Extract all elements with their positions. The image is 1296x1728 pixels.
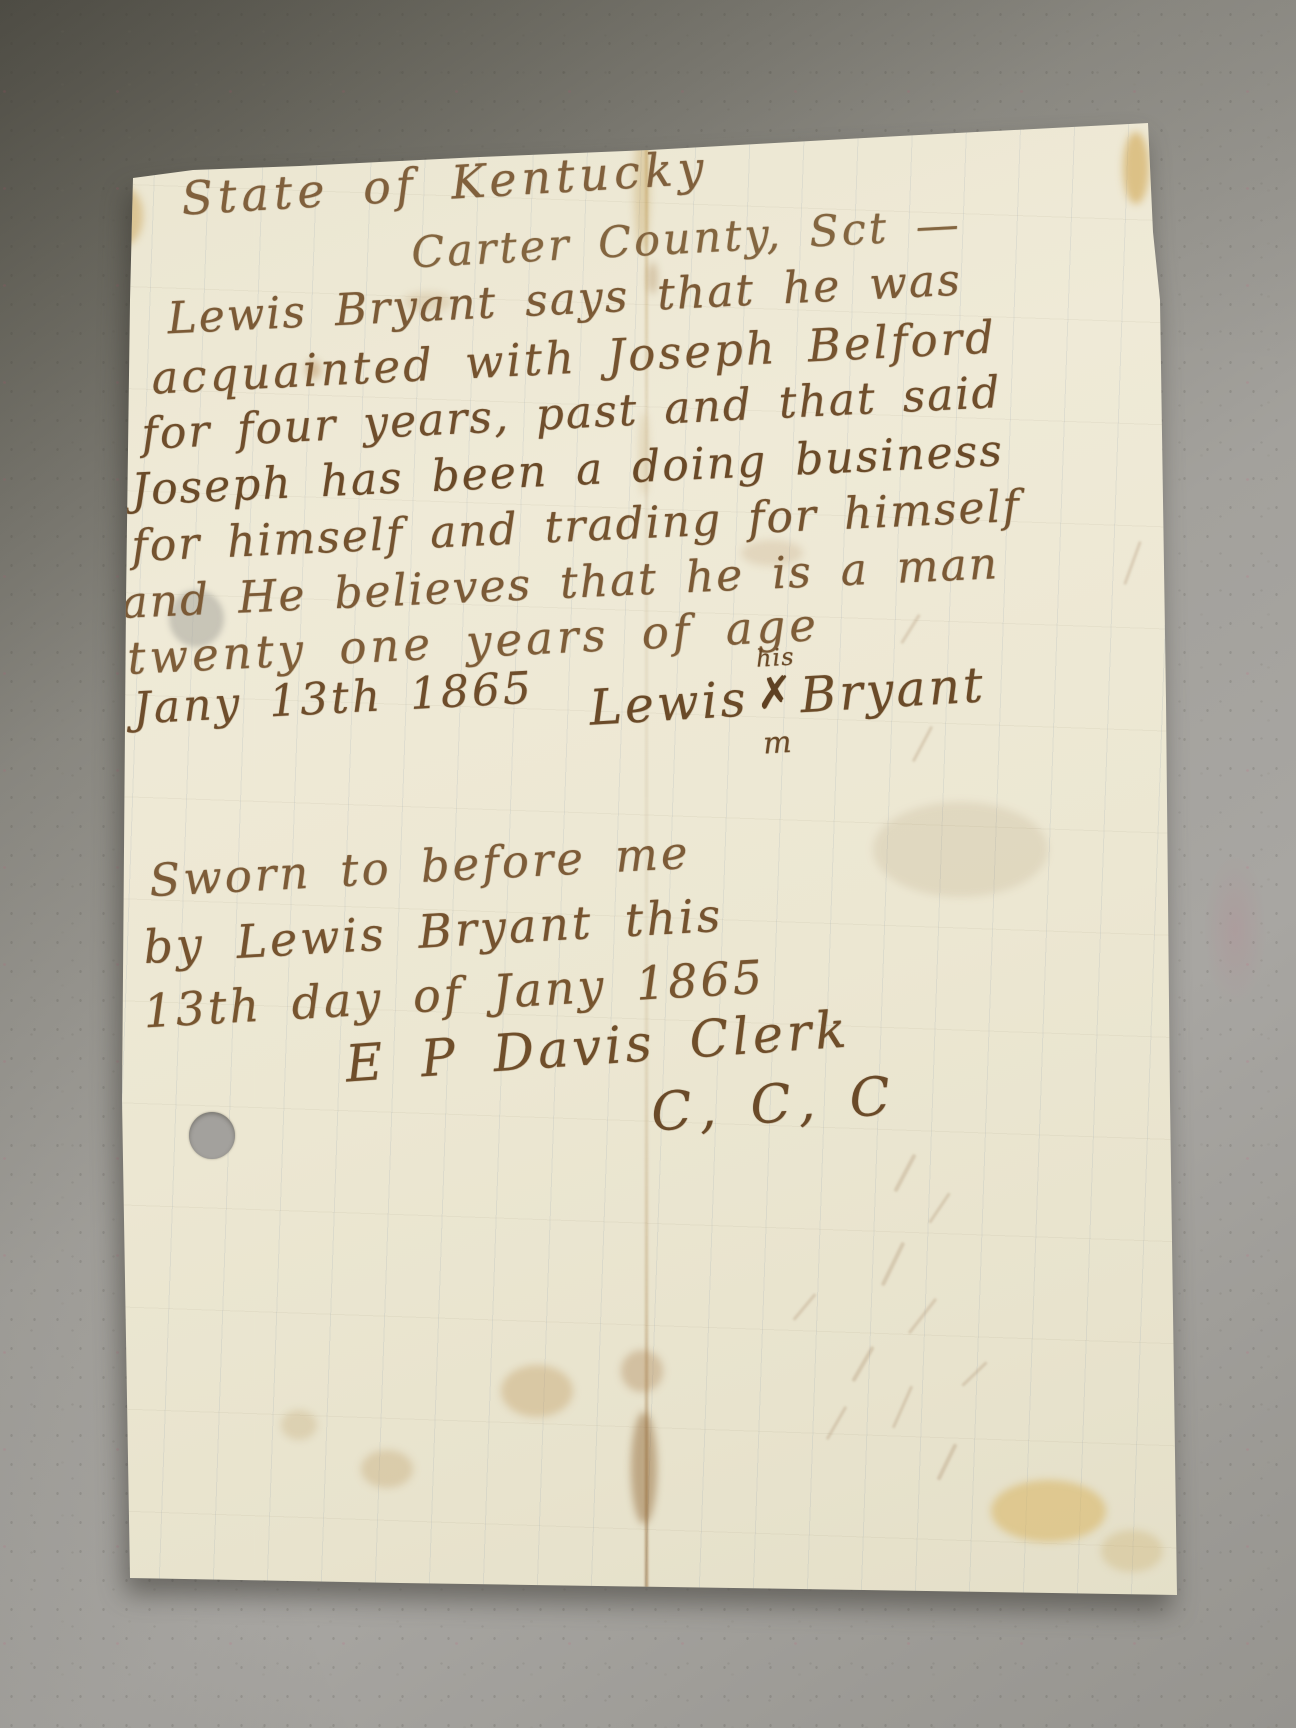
document-paper: State of Kentucky Carter County, Sct — L… xyxy=(103,112,1188,1612)
ink-bleed-through xyxy=(881,1242,906,1287)
stain xyxy=(873,802,1048,897)
clerk-title-ccc: C, C, C xyxy=(649,1065,901,1143)
signature-first-name: Lewis xyxy=(588,670,750,736)
ink-bleed-through xyxy=(936,1443,957,1481)
ink-bleed-through xyxy=(900,614,921,644)
stain xyxy=(281,1410,317,1440)
ink-bleed-through xyxy=(792,1293,816,1321)
ink-bleed-through xyxy=(912,726,933,763)
ink-bleed-through xyxy=(908,1298,937,1335)
stain xyxy=(361,1450,413,1488)
ink-bleed-through xyxy=(961,1361,988,1387)
ink-bleed-through xyxy=(892,1385,913,1428)
ink-bleed-through xyxy=(851,1346,874,1383)
signature-mark-stack: his✗m xyxy=(747,668,802,721)
paper-shadow: State of Kentucky Carter County, Sct — L… xyxy=(103,112,1188,1612)
signature-x-mark: ✗ xyxy=(755,667,798,720)
photo-background: State of Kentucky Carter County, Sct — L… xyxy=(0,0,1296,1728)
ink-bleed-through xyxy=(893,1154,916,1193)
ink-bleed-through xyxy=(826,1406,848,1440)
stain xyxy=(501,1365,573,1417)
signature-mark-m: m xyxy=(762,725,795,762)
stain xyxy=(107,187,143,245)
doc-line-state-of-kentucky: State of Kentucky xyxy=(180,140,710,225)
ink-bleed-through xyxy=(928,1192,951,1224)
stain xyxy=(1123,132,1149,204)
signature-last-name: Bryant xyxy=(799,656,988,724)
stain xyxy=(631,1412,657,1524)
stain xyxy=(621,1350,663,1392)
stain xyxy=(1101,1530,1163,1572)
stain xyxy=(991,1480,1106,1542)
punched-hole xyxy=(189,1112,235,1159)
ink-bleed-through xyxy=(1123,541,1142,585)
